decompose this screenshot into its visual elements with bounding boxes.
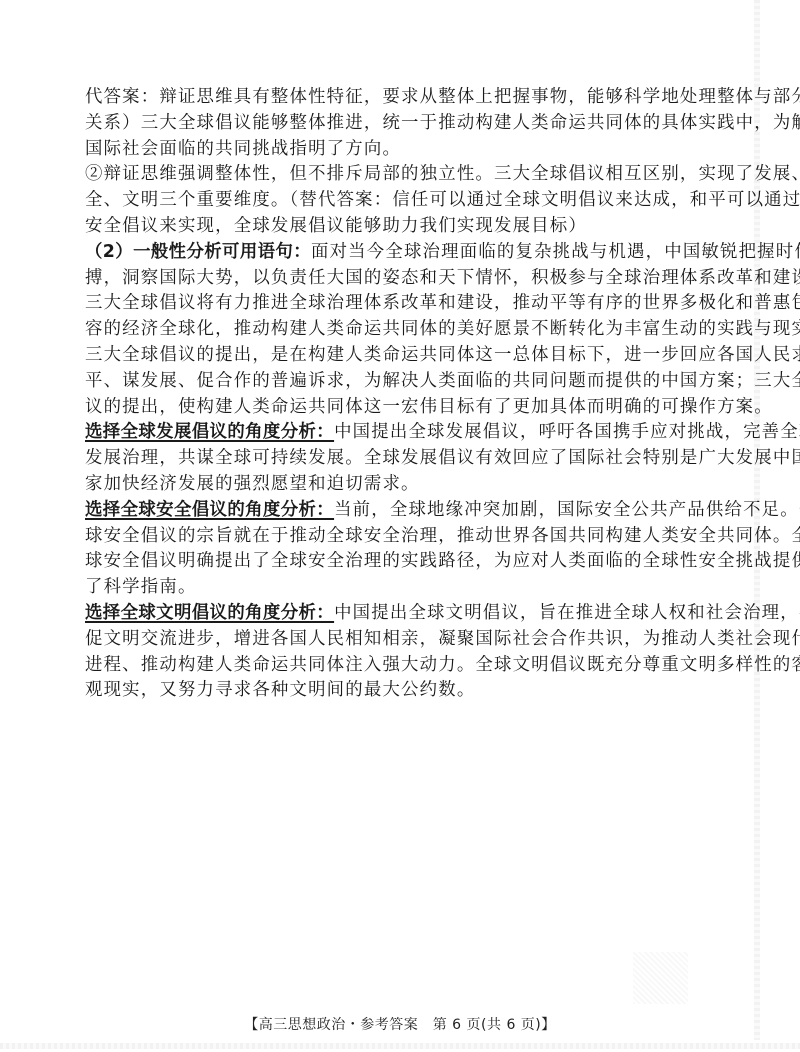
text-line: 三大全球倡议的提出，是在构建人类命运共同体这一总体目标下，进一步回应各国人民求和 xyxy=(85,343,715,369)
paragraph-civilization-initiative: 选择全球文明倡议的角度分析：中国提出全球文明倡议，旨在推进全球人权和社会治理，共… xyxy=(85,601,715,704)
line-text: 面对当今全球治理面临的复杂挑战与机遇，中国敏锐把握时代脉 xyxy=(311,242,800,262)
line-text: 中国提出全球发展倡议，呼吁各国携手应对挑战，完善全球 xyxy=(334,422,800,442)
answer-body: 代答案：辩证思维具有整体性特征，要求从整体上把握事物，能够科学地处理整体与部分的… xyxy=(85,85,715,704)
paragraph-security-initiative: 选择全球安全倡议的角度分析：当前，全球地缘冲突加剧，国际安全公共产品供给不足。全… xyxy=(85,498,715,601)
text-line: 平、谋发展、促合作的普遍诉求，为解决人类面临的共同问题而提供的中国方案；三大全球… xyxy=(85,369,715,395)
text-line: 代答案：辩证思维具有整体性特征，要求从整体上把握事物，能够科学地处理整体与部分的 xyxy=(85,85,715,111)
text-line: 选择全球安全倡议的角度分析：当前，全球地缘冲突加剧，国际安全公共产品供给不足。全 xyxy=(85,498,715,524)
text-line: 选择全球发展倡议的角度分析：中国提出全球发展倡议，呼吁各国携手应对挑战，完善全球 xyxy=(85,420,715,446)
section-label: 选择全球文明倡议的角度分析： xyxy=(85,603,334,623)
scan-artifact xyxy=(633,952,688,1004)
line-text: 当前，全球地缘冲突加剧，国际安全公共产品供给不足。全 xyxy=(334,500,800,520)
text-line: 全、文明三个重要维度。（替代答案：信任可以通过全球文明倡议来达成，和平可以通过全… xyxy=(85,188,715,214)
page-footer: 【高三思想政治・参考答案 第 6 页(共 6 页)】 xyxy=(0,1014,800,1034)
section-label: 选择全球安全倡议的角度分析： xyxy=(85,500,334,520)
text-line: 容的经济全球化，推动构建人类命运共同体的美好愿景不断转化为丰富生动的实践与现实。 xyxy=(85,317,715,343)
paragraph-alt-answer: 代答案：辩证思维具有整体性特征，要求从整体上把握事物，能够科学地处理整体与部分的… xyxy=(85,85,715,162)
text-line: 球安全倡议明确提出了全球安全治理的实践路径，为应对人类面临的全球性安全挑战提供 xyxy=(85,549,715,575)
section-label: 选择全球发展倡议的角度分析： xyxy=(85,422,334,442)
text-line: 观现实，又努力寻求各种文明间的最大公约数。 xyxy=(85,678,715,704)
text-line: 安全倡议来实现，全球发展倡议能够助力我们实现发展目标） xyxy=(85,214,715,240)
section-label: （2）一般性分析可用语句： xyxy=(85,242,311,262)
line-text: 中国提出全球文明倡议，旨在推进全球人权和社会治理，共 xyxy=(334,603,800,623)
page-bottom-border xyxy=(0,1043,800,1049)
text-line: 了科学指南。 xyxy=(85,575,715,601)
text-line: 选择全球文明倡议的角度分析：中国提出全球文明倡议，旨在推进全球人权和社会治理，共 xyxy=(85,601,715,627)
text-line: 议的提出，使构建人类命运共同体这一宏伟目标有了更加具体而明确的可操作方案。 xyxy=(85,395,715,421)
paragraph-general-analysis: （2）一般性分析可用语句：面对当今全球治理面临的复杂挑战与机遇，中国敏锐把握时代… xyxy=(85,240,715,421)
text-line: 进程、推动构建人类命运共同体注入强大动力。全球文明倡议既充分尊重文明多样性的客 xyxy=(85,653,715,679)
text-line: 发展治理，共谋全球可持续发展。全球发展倡议有效回应了国际社会特别是广大发展中国 xyxy=(85,446,715,472)
text-line: 国际社会面临的共同挑战指明了方向。 xyxy=(85,137,715,163)
text-line: （2）一般性分析可用语句：面对当今全球治理面临的复杂挑战与机遇，中国敏锐把握时代… xyxy=(85,240,715,266)
text-line: 家加快经济发展的强烈愿望和迫切需求。 xyxy=(85,472,715,498)
text-line: 搏，洞察国际大势，以负责任大国的姿态和天下情怀，积极参与全球治理体系改革和建设。 xyxy=(85,266,715,292)
paragraph-point-2: ②辩证思维强调整体性，但不排斥局部的独立性。三大全球倡议相互区别，实现了发展、安… xyxy=(85,162,715,239)
text-line: 关系）三大全球倡议能够整体推进，统一于推动构建人类命运共同体的具体实践中，为解决 xyxy=(85,111,715,137)
text-line: 三大全球倡议将有力推进全球治理体系改革和建设，推动平等有序的世界多极化和普惠包 xyxy=(85,291,715,317)
text-line: 促文明交流进步，增进各国人民相知相亲，凝聚国际社会合作共识，为推动人类社会现代化 xyxy=(85,627,715,653)
document-page: 代答案：辩证思维具有整体性特征，要求从整体上把握事物，能够科学地处理整体与部分的… xyxy=(0,0,800,1052)
page-edge-border xyxy=(754,0,760,1040)
paragraph-development-initiative: 选择全球发展倡议的角度分析：中国提出全球发展倡议，呼吁各国携手应对挑战，完善全球… xyxy=(85,420,715,497)
text-line: 球安全倡议的宗旨就在于推动全球安全治理，推动世界各国共同构建人类安全共同体。全 xyxy=(85,524,715,550)
text-line: ②辩证思维强调整体性，但不排斥局部的独立性。三大全球倡议相互区别，实现了发展、安 xyxy=(85,162,715,188)
